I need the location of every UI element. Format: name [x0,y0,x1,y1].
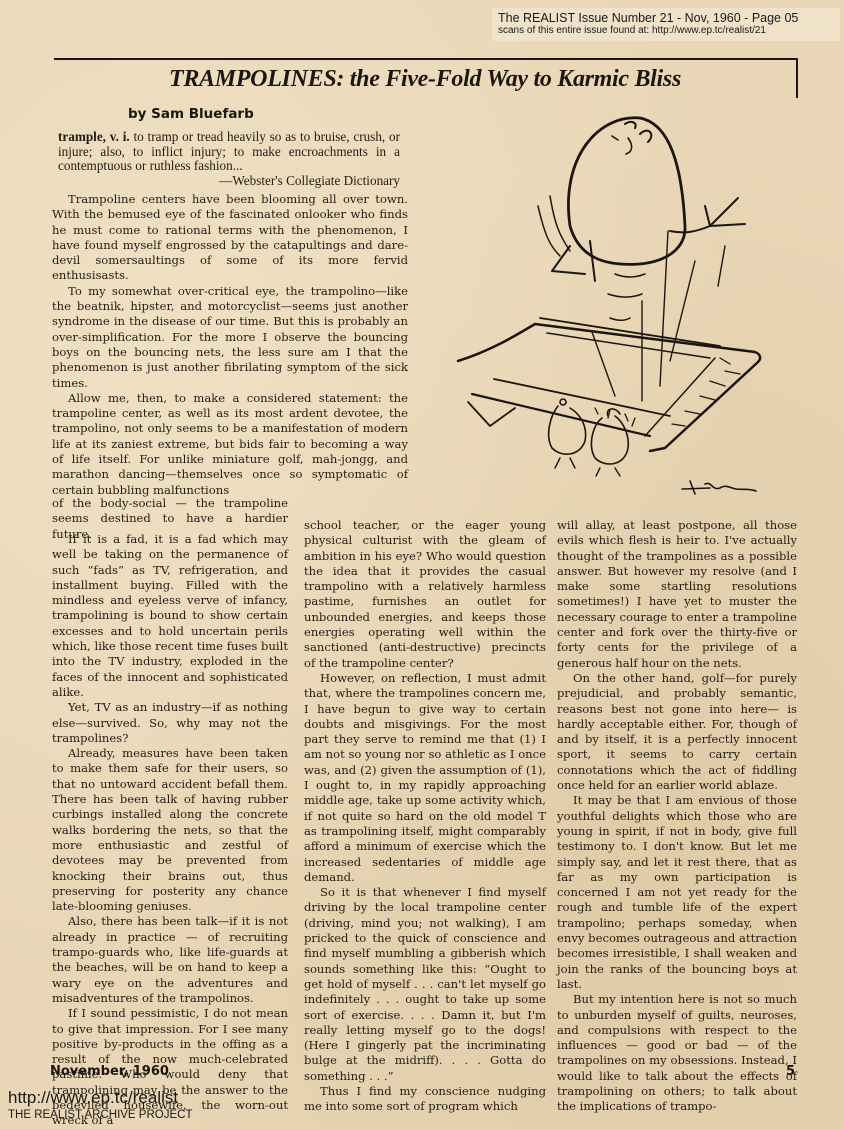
paragraph: Also, there has been talk—if it is not a… [52,914,288,1006]
paragraph: If it is a fad, it is a fad which may we… [52,532,288,700]
archive-header: The REALIST Issue Number 21 - Nov, 1960 … [492,8,840,41]
paragraph: Allow me, then, to make a considered sta… [52,391,408,498]
paragraph: It may be that I am envious of those you… [557,793,797,992]
paragraph: will allay, at least postpone, all those… [557,518,797,671]
page-number: 5 [786,1064,795,1079]
article-title: TRAMPOLINES: the Five-Fold Way to Karmic… [54,66,796,93]
paragraph: However, on reflection, I must admit tha… [304,671,546,885]
paragraph: school teacher, or the eager young physi… [304,518,546,671]
archive-project-label: THE REALIST ARCHIVE PROJECT [8,1109,192,1121]
paragraph: Yet, TV as an industry—if as nothing els… [52,700,288,746]
paragraph: Already, measures have been taken to mak… [52,746,288,914]
column-3: will allay, at least postpone, all those… [557,518,797,1115]
paragraph: On the other hand, golf—for purely preju… [557,671,797,793]
column-1: If it is a fad, it is a fad which may we… [52,532,288,1129]
archive-issue-info: The REALIST Issue Number 21 - Nov, 1960 … [498,11,834,25]
epigraph-source: —Webster's Collegiate Dictionary [58,174,400,189]
paragraph: But my intention here is not so much to … [557,992,797,1114]
paragraph: Trampoline centers have been blooming al… [52,192,408,284]
archive-url-link[interactable]: http://www.ep.tc/realist [8,1088,178,1108]
paragraph: So it is that whenever I find myself dri… [304,885,546,1084]
column-2: school teacher, or the eager young physi… [304,518,546,1115]
paragraph: Thus I find my conscience nudging me int… [304,1084,546,1115]
paragraph: To my somewhat over-critical eye, the tr… [52,284,408,391]
footer-date: November, 1960 [50,1064,169,1079]
article-byline: by Sam Bluefarb [128,106,254,122]
archive-scans-link[interactable]: scans of this entire issue found at: htt… [498,25,834,37]
cartoon-illustration: Stella [420,96,820,506]
epigraph-term: trample, v. i. [58,129,130,144]
intro-column: Trampoline centers have been blooming al… [52,192,408,498]
epigraph: trample, v. i. to tramp or tread heavily… [58,130,400,188]
